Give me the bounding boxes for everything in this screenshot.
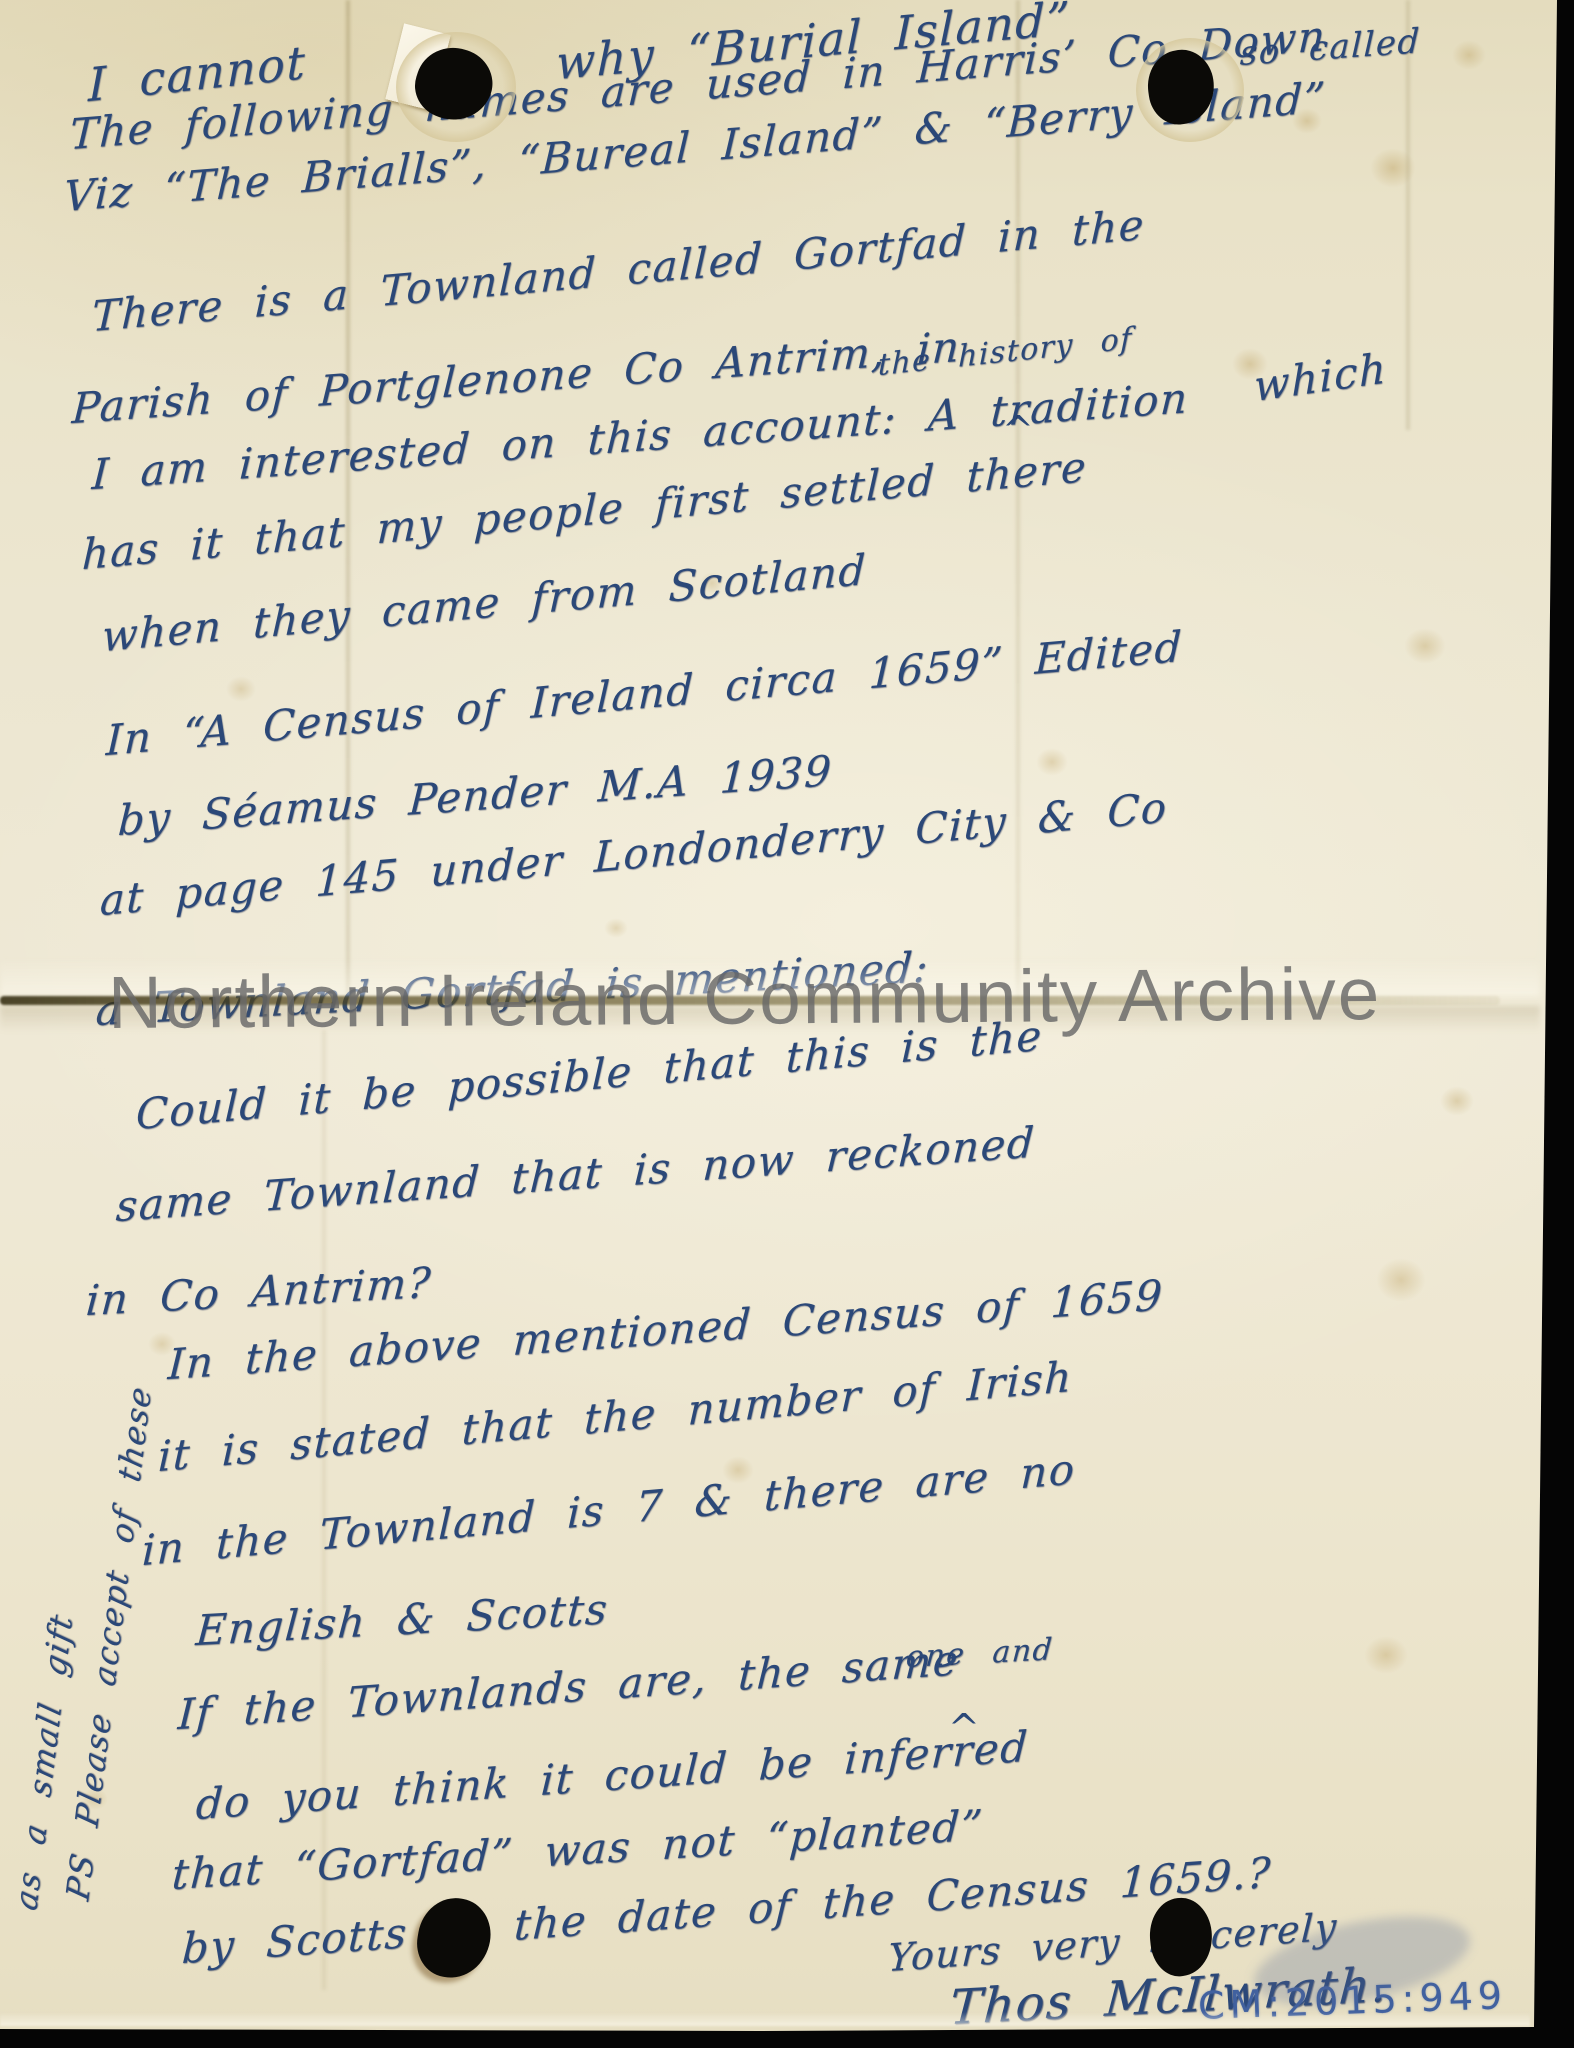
foxing-spot	[604, 918, 628, 938]
foxing-spot	[1036, 748, 1068, 776]
foxing-spot	[1404, 628, 1446, 664]
fold-crease-vertical	[1016, 0, 1020, 1000]
foxing-spot	[1452, 40, 1486, 70]
fold-crease-vertical	[1406, 0, 1410, 430]
foxing-spot	[1440, 1086, 1474, 1116]
paper-edge-highlight	[0, 2012, 1530, 2026]
foxing-spot	[226, 676, 256, 702]
foxing-spot	[1364, 1636, 1408, 1674]
archive-watermark: Northern Ireland Community Archive	[108, 951, 1382, 1045]
foxing-spot	[1376, 1258, 1426, 1302]
